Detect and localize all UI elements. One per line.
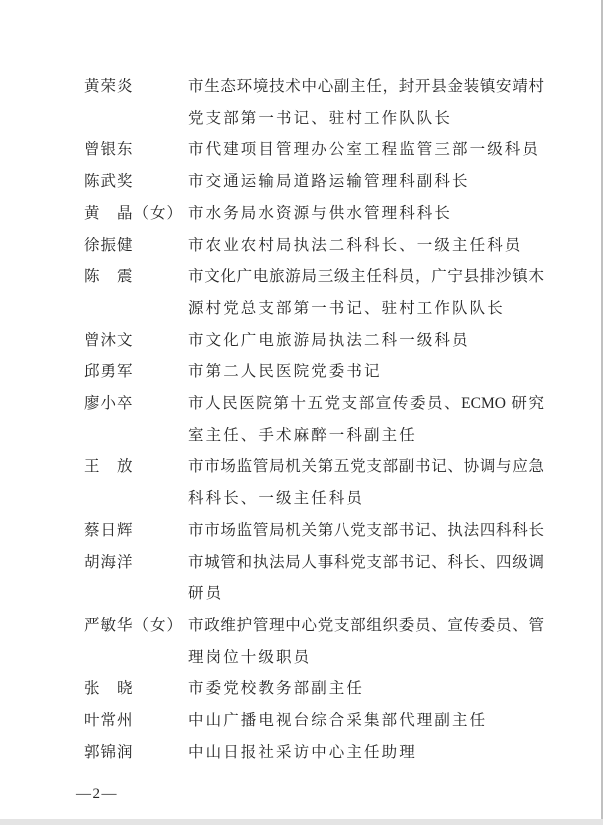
position-line: 研员 bbox=[188, 578, 544, 610]
position-line: 市代建项目管理办公室工程监管三部一级科员 bbox=[188, 134, 544, 166]
roster-row: 严敏华（女） 市政维护管理中心党支部组织委员、宣传委员、管理岗位十级职员 bbox=[84, 610, 546, 673]
position-line: 中山日报社采访中心主任助理 bbox=[188, 737, 544, 769]
position-line: 市委党校教务部副主任 bbox=[188, 673, 544, 705]
page-bottom-strip bbox=[0, 819, 603, 825]
person-name: 胡海洋 bbox=[84, 547, 188, 579]
person-position: 市水务局水资源与供水管理科科长 bbox=[188, 198, 544, 230]
roster-row: 徐振健 市农业农村局执法二科科长、一级主任科员 bbox=[84, 230, 546, 262]
position-line: 中山广播电视台综合采集部代理副主任 bbox=[188, 705, 544, 737]
person-name: 郭锦润 bbox=[84, 737, 188, 769]
person-name: 徐振健 bbox=[84, 230, 188, 262]
person-position: 市交通运输局道路运输管理科副科长 bbox=[188, 166, 544, 198]
person-position: 市代建项目管理办公室工程监管三部一级科员 bbox=[188, 134, 544, 166]
person-position: 中山日报社采访中心主任助理 bbox=[188, 737, 544, 769]
position-line: 科科长、一级主任科员 bbox=[188, 483, 544, 515]
position-line: 市市场监管局机关第五党支部副书记、协调与应急 bbox=[188, 451, 544, 483]
position-line: 市水务局水资源与供水管理科科长 bbox=[188, 198, 544, 230]
position-line: 市政维护管理中心党支部组织委员、宣传委员、管 bbox=[188, 610, 544, 642]
position-line: 理岗位十级职员 bbox=[188, 642, 544, 674]
position-line: 市人民医院第十五党支部宣传委员、ECMO 研究 bbox=[188, 388, 544, 420]
person-position: 市市场监管局机关第八党支部书记、执法四科科长 bbox=[188, 515, 544, 547]
person-name: 黄荣炎 bbox=[84, 71, 188, 103]
roster-row: 胡海洋 市城管和执法局人事科党支部书记、科长、四级调研员 bbox=[84, 547, 546, 610]
page-right-edge bbox=[601, 0, 603, 820]
person-position: 市第二人民医院党委书记 bbox=[188, 356, 544, 388]
person-position: 市人民医院第十五党支部宣传委员、ECMO 研究室主任、手术麻醉一科副主任 bbox=[188, 388, 544, 451]
position-line: 市市场监管局机关第八党支部书记、执法四科科长 bbox=[188, 515, 544, 547]
person-position: 市文化广电旅游局执法二科一级科员 bbox=[188, 325, 544, 357]
person-name: 张 晓 bbox=[84, 673, 188, 705]
position-line: 市交通运输局道路运输管理科副科长 bbox=[188, 166, 544, 198]
person-position: 市农业农村局执法二科科长、一级主任科员 bbox=[188, 230, 544, 262]
roster-row: 曾银东 市代建项目管理办公室工程监管三部一级科员 bbox=[84, 134, 546, 166]
roster-row: 王 放 市市场监管局机关第五党支部副书记、协调与应急科科长、一级主任科员 bbox=[84, 451, 546, 514]
person-position: 市城管和执法局人事科党支部书记、科长、四级调研员 bbox=[188, 547, 544, 610]
roster-row: 陈武奖 市交通运输局道路运输管理科副科长 bbox=[84, 166, 546, 198]
person-name: 廖小卒 bbox=[84, 388, 188, 420]
roster-row: 曾沐文 市文化广电旅游局执法二科一级科员 bbox=[84, 325, 546, 357]
roster-row: 陈 震 市文化广电旅游局三级主任科员，广宁县排沙镇木源村党总支部第一书记、驻村工… bbox=[84, 261, 546, 324]
position-line: 党支部第一书记、驻村工作队队长 bbox=[188, 103, 544, 135]
person-name: 黄 晶（女） bbox=[84, 198, 188, 230]
person-position: 市政维护管理中心党支部组织委员、宣传委员、管理岗位十级职员 bbox=[188, 610, 544, 673]
person-name: 蔡日辉 bbox=[84, 515, 188, 547]
person-name: 曾沐文 bbox=[84, 325, 188, 357]
person-position: 市市场监管局机关第五党支部副书记、协调与应急科科长、一级主任科员 bbox=[188, 451, 544, 514]
position-line: 市文化广电旅游局三级主任科员，广宁县排沙镇木 bbox=[188, 261, 544, 293]
person-position: 中山广播电视台综合采集部代理副主任 bbox=[188, 705, 544, 737]
person-name: 叶常州 bbox=[84, 705, 188, 737]
position-line: 市第二人民医院党委书记 bbox=[188, 356, 544, 388]
person-name: 严敏华（女） bbox=[84, 610, 188, 642]
position-line: 源村党总支部第一书记、驻村工作队队长 bbox=[188, 293, 544, 325]
person-name: 陈 震 bbox=[84, 261, 188, 293]
page-number: —2— bbox=[76, 786, 118, 803]
roster-row: 张 晓 市委党校教务部副主任 bbox=[84, 673, 546, 705]
person-name: 邱勇军 bbox=[84, 356, 188, 388]
roster-row: 廖小卒 市人民医院第十五党支部宣传委员、ECMO 研究室主任、手术麻醉一科副主任 bbox=[84, 388, 546, 451]
roster-row: 蔡日辉 市市场监管局机关第八党支部书记、执法四科科长 bbox=[84, 515, 546, 547]
roster-list: 黄荣炎 市生态环境技术中心副主任，封开县金装镇安靖村党支部第一书记、驻村工作队队… bbox=[84, 71, 546, 768]
roster-row: 郭锦润 中山日报社采访中心主任助理 bbox=[84, 737, 546, 769]
roster-row: 叶常州 中山广播电视台综合采集部代理副主任 bbox=[84, 705, 546, 737]
roster-row: 黄荣炎 市生态环境技术中心副主任，封开县金装镇安靖村党支部第一书记、驻村工作队队… bbox=[84, 71, 546, 134]
position-line: 市农业农村局执法二科科长、一级主任科员 bbox=[188, 230, 544, 262]
person-name: 陈武奖 bbox=[84, 166, 188, 198]
roster-row: 邱勇军 市第二人民医院党委书记 bbox=[84, 356, 546, 388]
position-line: 市文化广电旅游局执法二科一级科员 bbox=[188, 325, 544, 357]
position-line: 市生态环境技术中心副主任，封开县金装镇安靖村 bbox=[188, 71, 544, 103]
roster-row: 黄 晶（女） 市水务局水资源与供水管理科科长 bbox=[84, 198, 546, 230]
position-line: 市城管和执法局人事科党支部书记、科长、四级调 bbox=[188, 547, 544, 579]
position-line: 室主任、手术麻醉一科副主任 bbox=[188, 420, 544, 452]
person-name: 曾银东 bbox=[84, 134, 188, 166]
person-position: 市文化广电旅游局三级主任科员，广宁县排沙镇木源村党总支部第一书记、驻村工作队队长 bbox=[188, 261, 544, 324]
document-page: 黄荣炎 市生态环境技术中心副主任，封开县金装镇安靖村党支部第一书记、驻村工作队队… bbox=[0, 0, 605, 825]
person-name: 王 放 bbox=[84, 451, 188, 483]
person-position: 市生态环境技术中心副主任，封开县金装镇安靖村党支部第一书记、驻村工作队队长 bbox=[188, 71, 544, 134]
person-position: 市委党校教务部副主任 bbox=[188, 673, 544, 705]
